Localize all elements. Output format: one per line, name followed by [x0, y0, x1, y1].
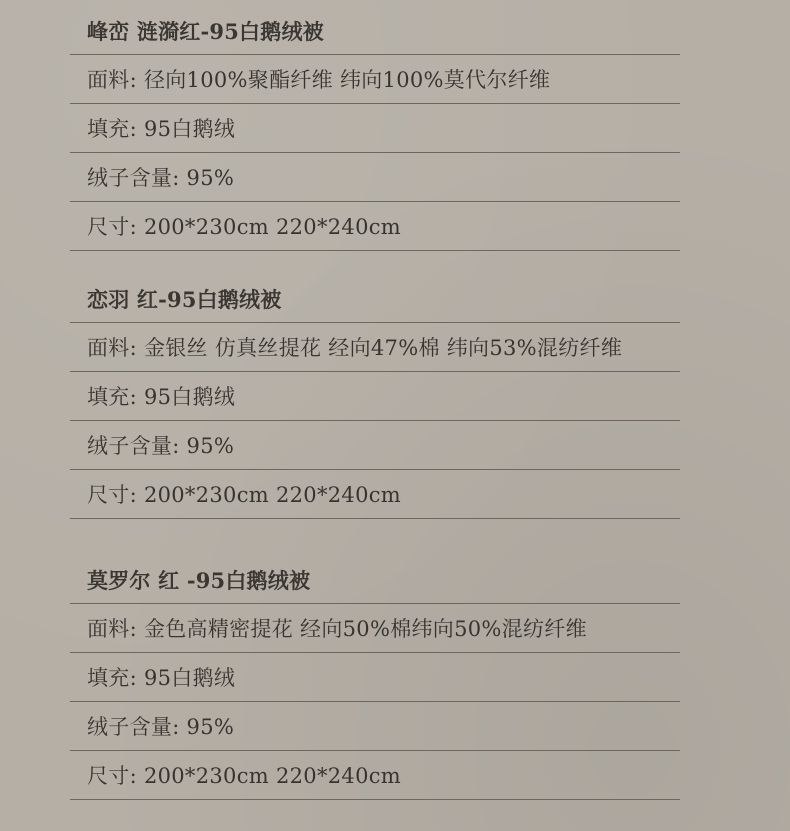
spec-down-content: 绒子含量: 95% — [70, 153, 680, 202]
spec-filling: 填充: 95白鹅绒 — [70, 104, 680, 153]
spec-down-content: 绒子含量: 95% — [70, 421, 680, 470]
spec-fabric: 面料: 金色高精密提花 经向50%棉纬向50%混纺纤维 — [70, 604, 680, 653]
spec-down-content: 绒子含量: 95% — [70, 702, 680, 751]
spec-fabric: 面料: 金银丝 仿真丝提花 经向47%棉 纬向53%混纺纤维 — [70, 323, 680, 372]
product-block-moluoer: 莫罗尔 红 -95白鹅绒被 面料: 金色高精密提花 经向50%棉纬向50%混纺纤… — [70, 559, 680, 800]
product-title: 峰峦 涟漪红-95白鹅绒被 — [70, 10, 680, 55]
product-block-fengluan: 峰峦 涟漪红-95白鹅绒被 面料: 径向100%聚酯纤维 纬向100%莫代尔纤维… — [70, 10, 680, 251]
spec-size: 尺寸: 200*230cm 220*240cm — [70, 470, 680, 519]
product-block-lianyu: 恋羽 红-95白鹅绒被 面料: 金银丝 仿真丝提花 经向47%棉 纬向53%混纺… — [70, 278, 680, 519]
spec-size: 尺寸: 200*230cm 220*240cm — [70, 751, 680, 800]
spec-filling: 填充: 95白鹅绒 — [70, 372, 680, 421]
spec-fabric: 面料: 径向100%聚酯纤维 纬向100%莫代尔纤维 — [70, 55, 680, 104]
spec-filling: 填充: 95白鹅绒 — [70, 653, 680, 702]
spec-size: 尺寸: 200*230cm 220*240cm — [70, 202, 680, 251]
product-title: 恋羽 红-95白鹅绒被 — [70, 278, 680, 323]
product-title: 莫罗尔 红 -95白鹅绒被 — [70, 559, 680, 604]
